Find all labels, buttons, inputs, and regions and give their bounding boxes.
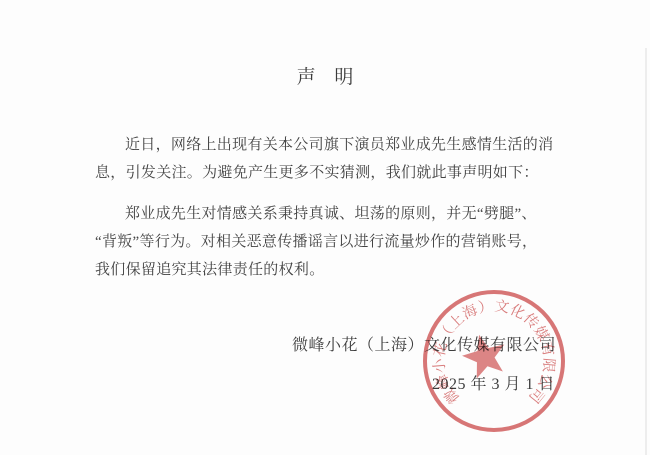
scan-artifact-line	[645, 48, 647, 455]
company-seal: 微峰小花（上海）文化传媒有限公司	[419, 286, 569, 436]
statement-document: 声 明 近日，网络上出现有关本公司旗下演员郑业成先生感情生活的消 息，引发关注。…	[0, 0, 650, 455]
statement-body: 近日，网络上出现有关本公司旗下演员郑业成先生感情生活的消 息，引发关注。为避免产…	[95, 131, 567, 284]
statement-date: 2025 年 3 月 1 日	[432, 371, 555, 394]
seal-ring	[425, 292, 563, 430]
statement-paragraph: 郑业成先生对情感关系秉持真诚、坦荡的原则，并无“劈腿”、 “背叛”等行为。对相关…	[95, 200, 567, 284]
text-line: 我们保留追究其法律责任的权利。	[95, 256, 567, 284]
text-line: 近日，网络上出现有关本公司旗下演员郑业成先生感情生活的消	[95, 131, 567, 159]
page-title: 声 明	[0, 62, 650, 89]
text-line: 郑业成先生对情感关系秉持真诚、坦荡的原则，并无“劈腿”、	[95, 200, 567, 228]
company-signature: 微峰小花（上海）文化传媒有限公司	[292, 332, 556, 355]
text-line: “背叛”等行为。对相关恶意传播谣言以进行流量炒作的营销账号，	[95, 228, 567, 256]
text-line: 息，引发关注。为避免产生更多不实猜测，我们就此事声明如下：	[95, 159, 567, 187]
statement-paragraph: 近日，网络上出现有关本公司旗下演员郑业成先生感情生活的消 息，引发关注。为避免产…	[95, 131, 567, 187]
